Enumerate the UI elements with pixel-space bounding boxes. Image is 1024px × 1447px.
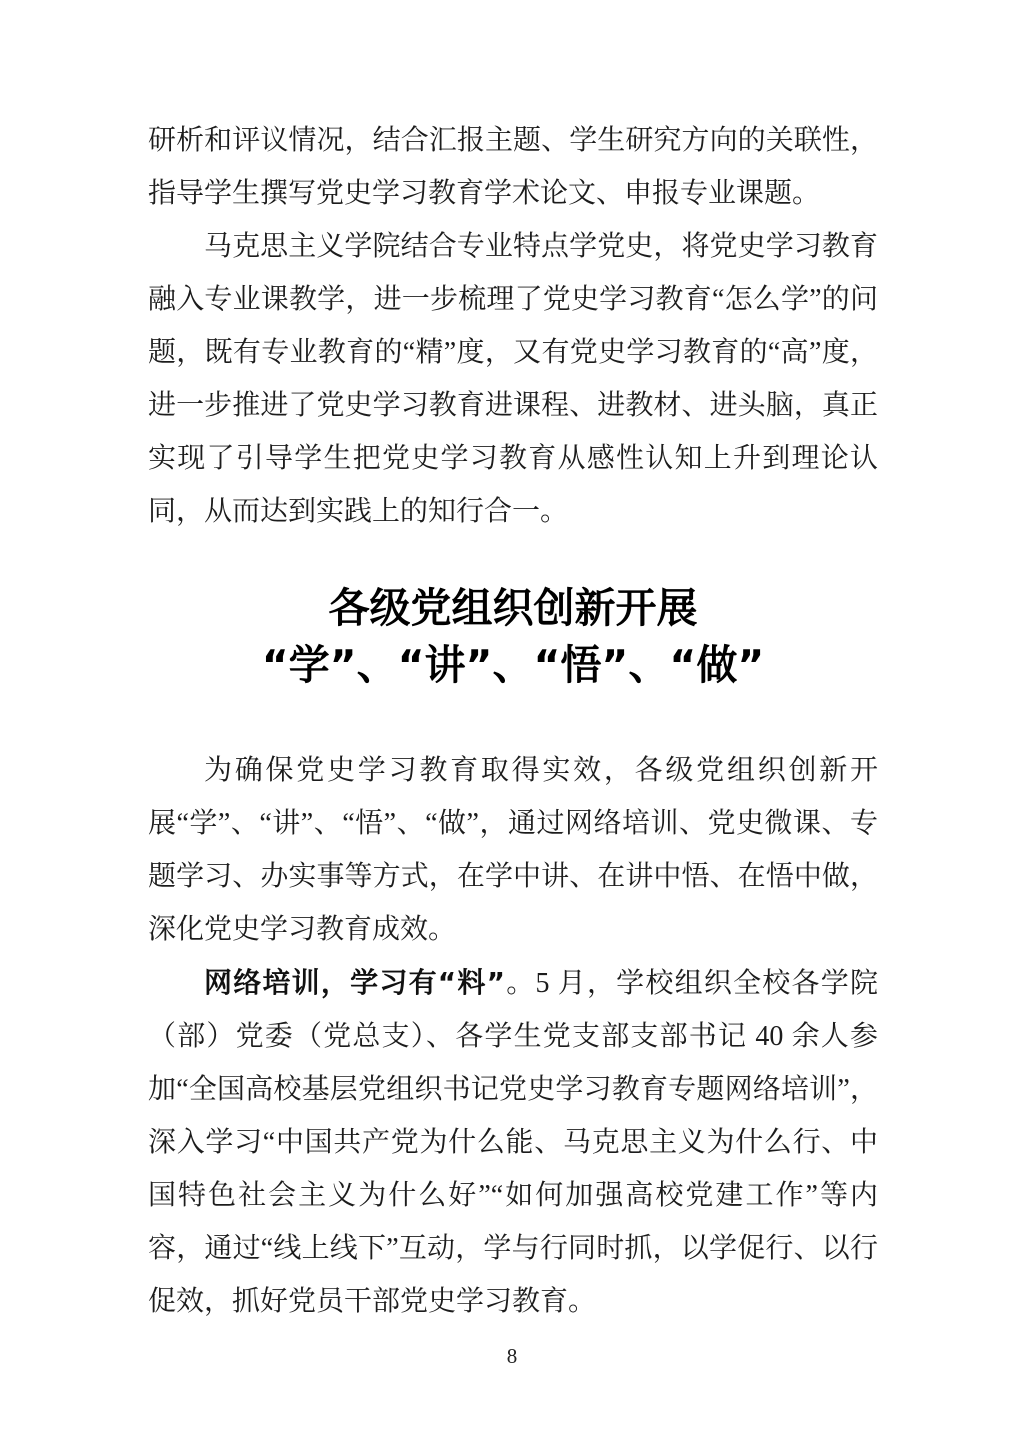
paragraph-marxism-college: 马克思主义学院结合专业特点学党史，将党史学习教育融入专业课教学，进一步梳理了党史… xyxy=(148,220,878,538)
paragraph-bold-lead: 网络培训，学习有“料” xyxy=(204,966,505,999)
section-heading: 各级党组织创新开展 “学”、“讲”、“悟”、“做” xyxy=(148,580,878,694)
section-heading-line-2: “学”、“讲”、“悟”、“做” xyxy=(148,637,878,694)
paragraph-network-training: 网络培训，学习有“料”。5 月，学校组织全校各学院（部）党委（党总支）、各学生党… xyxy=(148,956,878,1328)
document-page: 研析和评议情况，结合汇报主题、学生研究方向的关联性，指导学生撰写党史学习教育学术… xyxy=(0,0,1024,1447)
page-content: 研析和评议情况，结合汇报主题、学生研究方向的关联性，指导学生撰写党史学习教育学术… xyxy=(148,114,878,1328)
page-number: 8 xyxy=(0,1344,1024,1369)
paragraph-body-text: 。5 月，学校组织全校各学院（部）党委（党总支）、各学生党支部支部书记 40 余… xyxy=(148,968,878,1317)
section-heading-line-1: 各级党组织创新开展 xyxy=(148,580,878,637)
paragraph-continuation: 研析和评议情况，结合汇报主题、学生研究方向的关联性，指导学生撰写党史学习教育学术… xyxy=(148,114,878,220)
paragraph-ensure-effect: 为确保党史学习教育取得实效，各级党组织创新开展“学”、“讲”、“悟”、“做”，通… xyxy=(148,744,878,956)
